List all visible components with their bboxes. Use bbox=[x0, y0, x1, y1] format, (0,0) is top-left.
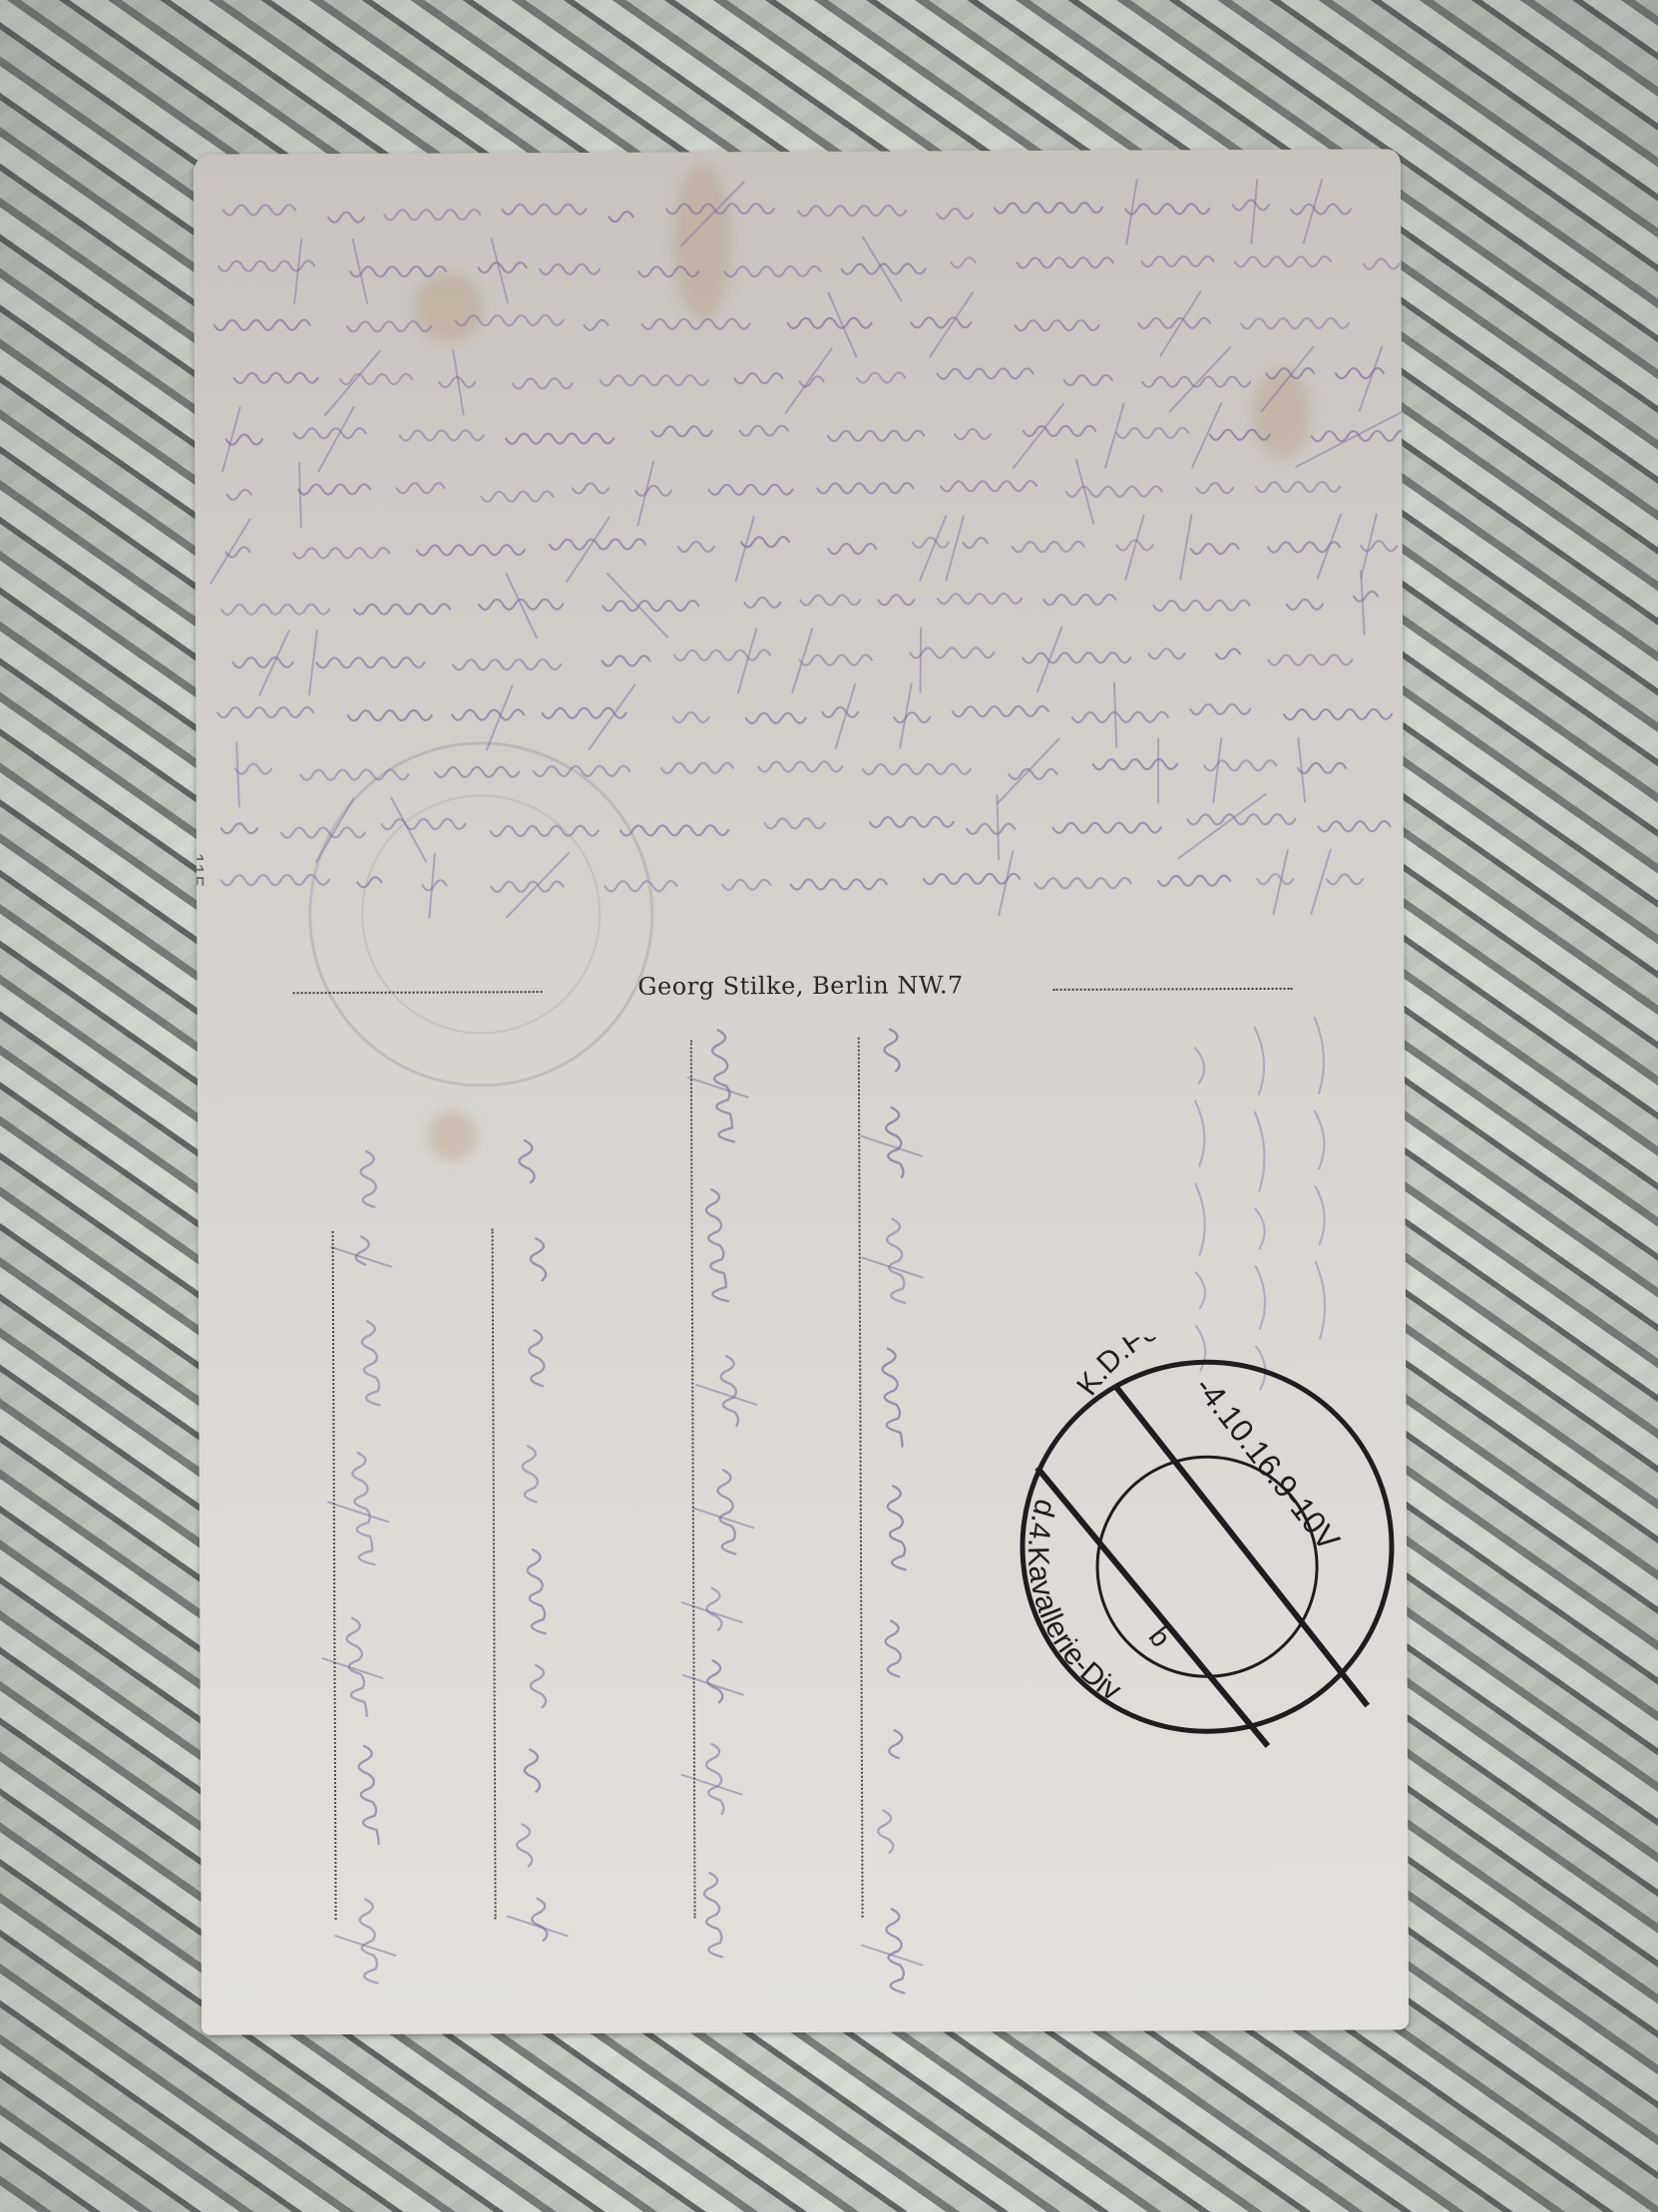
margin-number: 115 bbox=[194, 853, 208, 888]
postmark-bottom-text: d.4.Kavallerie-Div bbox=[1022, 1496, 1127, 1708]
postmark: K.D.Feldpostexped d.4.Kavallerie-Div -4.… bbox=[997, 1336, 1409, 1757]
postmark-date: -4.10.16.9-10V bbox=[1188, 1369, 1348, 1557]
postmark-letter: b bbox=[1143, 1621, 1177, 1652]
publisher-imprint: Georg Stilke, Berlin NW.7 bbox=[197, 969, 1404, 1002]
svg-text:d.4.Kavallerie-Div: d.4.Kavallerie-Div bbox=[1022, 1496, 1127, 1708]
postcard: 115 Georg Stilke, Berlin NW.7 K.D.Feldpo… bbox=[194, 149, 1409, 2034]
